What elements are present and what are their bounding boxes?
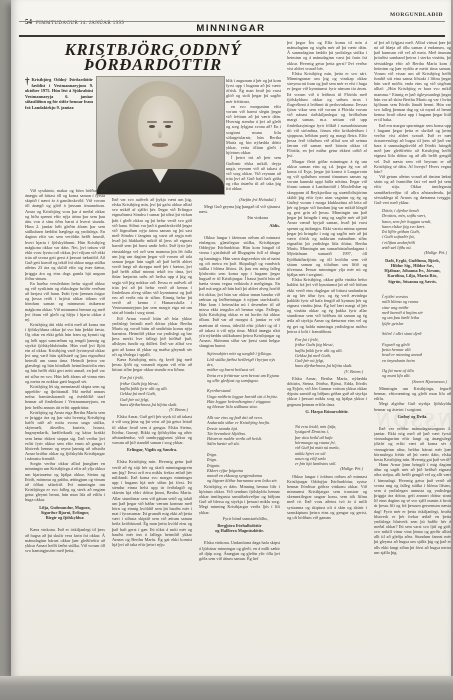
text-column-4: því þegar Íris og Elfa komu til mín á má…	[287, 40, 367, 658]
paragraph: Elsku Kristbjörg mín, þetta er svo sárt.…	[287, 71, 367, 159]
paragraph: Elsku vinkona. Undanfarna daga hafa skip…	[199, 540, 280, 561]
photo-face	[138, 96, 184, 158]
photo-eyebrow-left	[147, 121, 157, 123]
poem-attribution: (Hallgr. Pét.)	[287, 466, 367, 471]
poem-attribution: (V. Briem.)	[287, 369, 367, 374]
signature-names: Erlingur, Vigdís og Sandra.	[112, 447, 192, 452]
text-column-5: af því að fylgjast með. Alltaf virtust þ…	[374, 40, 451, 658]
text-column-1: Við systkinin, makar og börn höfðum þá á…	[25, 188, 105, 658]
poem-attribution: (Hallgr. Pét.)	[374, 250, 451, 255]
paragraph: Sorgin verður okkur alltaf þungbær en mi…	[25, 461, 105, 502]
paragraph: Þið Arnar voruð búin að búa ykkur yndisl…	[112, 316, 192, 357]
paragraph: Elsku Kristbjörg, okkar góða vinátta hef…	[287, 277, 367, 334]
portrait-photo	[96, 76, 225, 195]
closing-line: Fyrir hönd samstarfsfólks,	[199, 516, 280, 521]
closing-line: Þín vinkona	[199, 215, 280, 220]
paragraph: Margar fleiri góðar minningar á ég um ok…	[287, 159, 367, 278]
paragraph: Það eru margar spurningar sem koma upp í…	[374, 123, 451, 175]
poem-attribution: (Stefán frá Hvítadal.)	[199, 197, 280, 202]
paragraph-continuation: því þegar Íris og Elfa komu til mín á má…	[287, 40, 367, 71]
paragraph: Elsku Arnar, Guð gefi þér styrk til að t…	[112, 414, 192, 445]
text-column-3: (Stefán frá Hvítadal.)Megi Guð geyma þig…	[199, 197, 280, 660]
photo-nose	[158, 129, 162, 138]
paragraph-continuation: blik í augunum á þér og þá kom fyrst upp…	[226, 78, 281, 104]
paragraph: Megi Guð geyma þig þangað til við sjáums…	[199, 204, 280, 214]
paragraph: en svo morguninn eftir vorum við harmi s…	[226, 104, 281, 156]
memorial-poem: Í rjóðri vorsins milli blóma og runna si…	[382, 294, 451, 379]
signature-names: Lilja, Guðmundur, Magnea, Sigurður Bjarn…	[25, 505, 105, 521]
text-column-2: Það var svo auðvelt að þykja vænt um þig…	[112, 197, 192, 658]
page-edge-shadow	[0, 0, 11, 700]
paragraph: Kristbjörg lét sig menntamál skipta sem …	[25, 384, 105, 410]
page-bottom-shadow	[0, 676, 453, 700]
signature-names: Daði, Eygló, Guðfinna, Björk, Hildur Sig…	[374, 258, 451, 284]
photo-eye-left	[149, 125, 155, 128]
paragraph: Kæra Kristbjörg mín, ég kveð þig með þes…	[112, 357, 192, 372]
paragraph: Í þeirri trú að þeir sem Guðirnir elska …	[226, 155, 281, 191]
obituary-lead-text: Kristbjörg Oddný Þórðardóttir fæddist í …	[25, 77, 93, 110]
paragraph: Minningin um Kristbjörgu, fegurð hennar,…	[374, 386, 451, 401]
signature-names: Bergþóra Þórhallsdóttir og Hallbera Magn…	[199, 523, 280, 534]
paragraph: Elsku Arnar, Bertha María, nýfædda dótti…	[287, 376, 367, 407]
text-column-beside-photo: blik í augunum á þér og þá kom fyrst upp…	[226, 78, 281, 193]
paragraph: En harður veruleikinn hefur sigrað okkur…	[25, 281, 105, 322]
masthead: MORGUNBLAÐIÐ	[390, 12, 443, 18]
paragraph: Kristbjörg og Arnar eiga Berthu Maríu se…	[25, 410, 105, 462]
poem-attribution: (V. Briem.)	[112, 407, 192, 412]
memorial-poem: Far þú í friði, friður Guðs þig blessi, …	[120, 375, 192, 407]
paragraph-continuation: Það var svo auðvelt að þykja vænt um þig…	[112, 197, 192, 316]
poem-attribution: (Snorri Hjartarson.)	[374, 379, 451, 384]
paragraph: Kæra vinkona. Það er óskiljanlegt til þe…	[25, 527, 105, 553]
spacer	[374, 286, 451, 291]
running-header: 54FIMMTUDAGUR 14. JANÚAR 1999 MORGUNBLAÐ…	[25, 11, 443, 21]
section-rule	[19, 35, 445, 37]
paragraph: Elsku Kristbjörg mín. Hvernig getur það …	[112, 459, 192, 547]
memorial-poem: Far þú í friði, friður Guðs þig blessi, …	[295, 337, 367, 369]
section-title: MINNINGAR	[11, 23, 451, 34]
ink-bleed-ghost: NSSON	[283, 408, 453, 433]
paragraph: Kristbjörg átti ekki erfitt með að koma …	[25, 322, 105, 384]
photo-mouth	[152, 143, 168, 147]
memorial-cross-icon: †	[25, 77, 30, 85]
photo-eyebrow-right	[163, 121, 173, 123]
memorial-poem: Stjörnubjört nótt og tunglið í fyllingu.…	[207, 351, 280, 483]
paragraph: Kristbjörg er dáin. Minning hennar lifir…	[199, 484, 280, 515]
headline-line-2: ÞÓRÐARDÓTTIR	[84, 55, 222, 74]
newspaper-page: 54FIMMTUDAGUR 14. JANÚAR 1999 MORGUNBLAÐ…	[11, 0, 451, 676]
paragraph: Hann Arnar þinn hringdi í mig daginn áðu…	[374, 462, 451, 555]
paragraph: Okkur langar í fáeinum orðum að minnast …	[199, 235, 280, 348]
signature-names: Aldís.	[199, 223, 280, 228]
paragraph: Við getum aðeins vonað að tíminn lækni s…	[374, 174, 451, 205]
photo-eye-right	[165, 125, 171, 128]
header-rule	[19, 21, 445, 22]
paragraph: Okkur langar í örfáum orðum að minnast K…	[287, 474, 367, 520]
paragraph: Við systkinin, makar og börn höfðum þá á…	[25, 188, 105, 281]
obituary-headline: KRISTBJÖRG ODDNÝÞÓRÐARDÓTTIR	[25, 42, 281, 72]
obituary-lead: †Kristbjörg Oddný Þórðardóttir fæddist í…	[25, 77, 93, 185]
memorial-poem: Dóttir, í dýrðar hendi Drottins, mín, so…	[382, 208, 451, 250]
paragraph-continuation: af því að fylgjast með. Alltaf virtust þ…	[374, 40, 451, 123]
